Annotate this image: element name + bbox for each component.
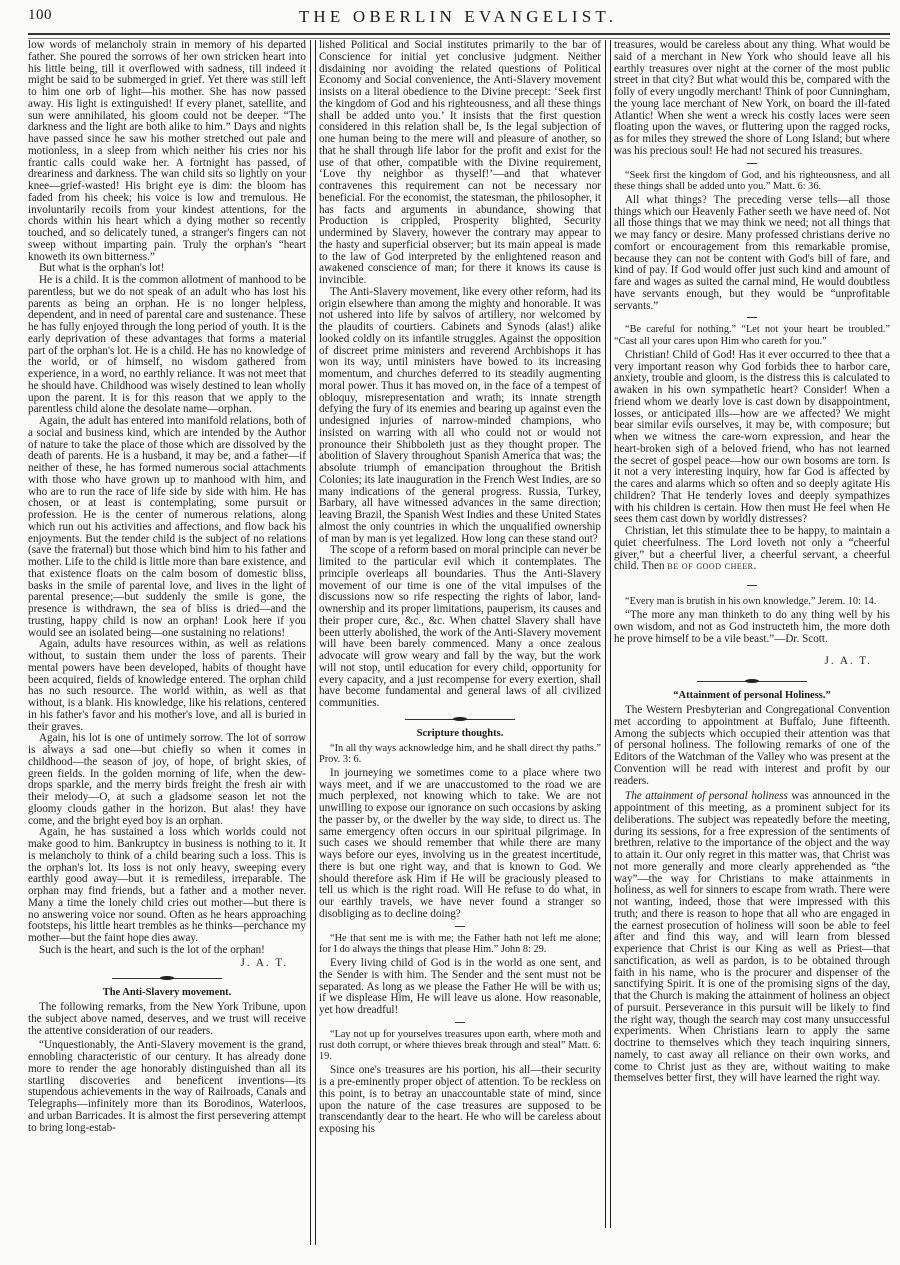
scripture-paragraph: Since one's treasures are his portion, h…	[319, 1065, 601, 1136]
scripture-quote: “Seek first the kingdom of God, and his …	[614, 170, 890, 192]
column-divider	[605, 40, 611, 1228]
scripture-paragraph: Christian! Child of God! Has it ever occ…	[614, 350, 890, 526]
orphan-paragraph: Again, he has sustained a loss which wor…	[28, 827, 306, 945]
column-2: lished Political and Social institutes p…	[319, 40, 601, 1136]
columns-container: low words of melancholy strain in memory…	[28, 40, 890, 1250]
orphan-paragraph: Again, adults have resources within, as …	[28, 639, 306, 733]
author-signature: J. A. T.	[614, 656, 890, 668]
column-3: treasures, would be careless about any t…	[614, 40, 890, 1085]
scripture-quote: “Lay not up for yourselves treasures upo…	[319, 1029, 601, 1063]
italic-lead: The attainment of personal holiness	[625, 790, 788, 802]
column-1: low words of melancholy strain in memory…	[28, 40, 306, 1134]
scripture-quote: “Every man is brutish in his own knowled…	[614, 596, 890, 607]
short-divider	[747, 585, 757, 586]
scripture-paragraph: treasures, would be careless about any t…	[614, 40, 890, 158]
scripture-quote: “He that sent me is with me; the Father …	[319, 933, 601, 955]
scripture-paragraph: Every living child of God is in the worl…	[319, 958, 601, 1017]
paragraph-text: was announced in the appointment of this…	[614, 790, 890, 1084]
orphan-paragraph: He is a child. It is the common allotmen…	[28, 275, 306, 416]
short-divider	[747, 163, 757, 164]
short-divider	[455, 926, 465, 927]
scripture-paragraph: All what things? The preceding verse tel…	[614, 195, 890, 313]
article-heading-holiness: “Attainment of personal Holiness.”	[614, 690, 890, 702]
orphan-paragraph: Again, his lot is one of untimely sorrow…	[28, 733, 306, 827]
scripture-quote: “Be careful for nothing.” “Let not your …	[614, 324, 890, 346]
small-caps-emphasis: be of good cheer.	[667, 560, 756, 572]
anti-slavery-paragraph: The scope of a reform based on moral pri…	[319, 545, 601, 710]
scripture-quote: “In all thy ways acknowledge him, and he…	[319, 743, 601, 765]
scripture-paragraph: “The more any man thinketh to do any thi…	[614, 610, 890, 645]
section-divider-ornament	[697, 679, 807, 684]
section-divider-ornament	[405, 717, 515, 722]
article-heading-scripture: Scripture thoughts.	[319, 728, 601, 740]
orphan-paragraph: Such is the heart, and such is the lot o…	[28, 945, 306, 957]
article-body: The attainment of personal holiness was …	[614, 791, 890, 1085]
scripture-paragraph: Christian, let this stimulate thee to be…	[614, 526, 890, 573]
scripture-paragraph: In journeying we sometimes come to a pla…	[319, 768, 601, 921]
orphan-paragraph: low words of melancholy strain in memory…	[28, 40, 306, 263]
anti-slavery-paragraph: lished Political and Social institutes p…	[319, 40, 601, 287]
newspaper-page: 100 THE OBERLIN EVANGELIST. low words of…	[0, 0, 900, 1265]
article-intro: The following remarks, from the New York…	[28, 1002, 306, 1037]
page-header: 100 THE OBERLIN EVANGELIST.	[28, 5, 888, 27]
orphan-paragraph: Again, the adult has entered into manifo…	[28, 416, 306, 639]
article-intro: The Western Presbyterian and Congregatio…	[614, 705, 890, 787]
author-signature: J. A. T.	[28, 958, 306, 970]
section-divider-ornament	[112, 976, 222, 981]
anti-slavery-paragraph: The Anti-Slavery movement, like every ot…	[319, 287, 601, 546]
column-divider	[310, 40, 316, 1245]
masthead-title: THE OBERLIN EVANGELIST.	[28, 7, 888, 27]
article-heading-anti-slavery: The Anti-Slavery movement.	[28, 987, 306, 999]
short-divider	[455, 1022, 465, 1023]
article-body: “Unquestionably, the Anti-Slavery moveme…	[28, 1040, 306, 1134]
short-divider	[747, 317, 757, 318]
